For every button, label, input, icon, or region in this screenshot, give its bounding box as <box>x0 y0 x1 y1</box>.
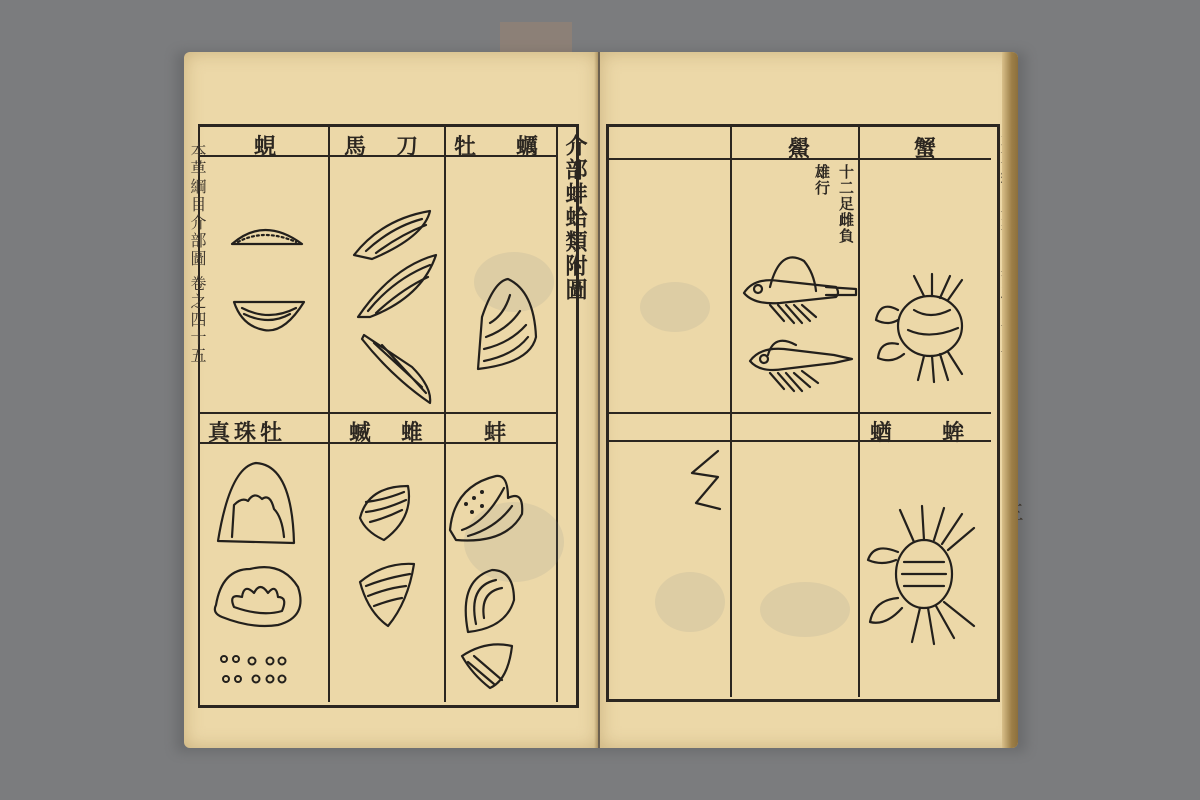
mussel-illustration <box>446 470 536 700</box>
label-xian: 蜆 <box>254 130 280 161</box>
oyster-illustration <box>474 277 544 377</box>
label-weisui: 蝛蜼 <box>349 416 453 447</box>
right-mid-line-a <box>609 412 991 414</box>
left-mid-line-a <box>200 412 558 414</box>
swimming-crab-illustration <box>864 502 984 652</box>
right-col-divider-1 <box>730 127 732 697</box>
pearls <box>221 656 286 683</box>
label-muli: 牡蠣 <box>454 130 578 161</box>
left-margin-title: 本草綱目介部圖 卷之四十五 <box>186 142 209 502</box>
page-number: 三 <box>998 502 1027 524</box>
pearl-oyster-illustration <box>212 457 312 687</box>
label-youmou: 蝤蛑 <box>870 416 1014 447</box>
left-page: 本草綱目介部圖 卷之四十五 介部蚌蛤類附圖 蜆 馬刀 牡蠣 真珠牡 蝛蜼 蚌 <box>184 52 598 748</box>
right-page: 本草綱目介部圖 卷之四十五 三 蟹 鱟 蝤蛑 十二足雌負 雄行 <box>600 52 1018 748</box>
right-col-divider-2 <box>858 127 860 697</box>
label-hou: 鱟 <box>788 132 814 163</box>
label-bang: 蚌 <box>484 416 510 447</box>
left-col-divider-1 <box>328 127 330 702</box>
left-col-divider-3 <box>556 127 558 702</box>
bleed-through-turtle <box>760 582 850 637</box>
right-margin-title: 本草綱目介部圖 卷之四十五 <box>996 132 1019 452</box>
ink-smudge-mark <box>688 447 728 517</box>
horseshoe-crab-annotation-1: 十二足雌負 <box>836 164 857 244</box>
label-zhenzhumu: 真珠牡 <box>208 416 286 447</box>
crab-illustration <box>874 270 974 390</box>
horseshoe-crab-annotation-2: 雄行 <box>812 164 833 196</box>
bleed-through-turtle <box>640 282 710 332</box>
label-madao: 馬刀 <box>344 130 448 161</box>
clam-shell-illustration <box>224 222 314 352</box>
striped-shell-illustration <box>356 482 426 632</box>
bleed-through-turtle <box>655 572 725 632</box>
label-xie: 蟹 <box>914 132 940 163</box>
horseshoe-crab-illustration <box>740 247 860 397</box>
razor-shell-illustration <box>352 207 442 407</box>
